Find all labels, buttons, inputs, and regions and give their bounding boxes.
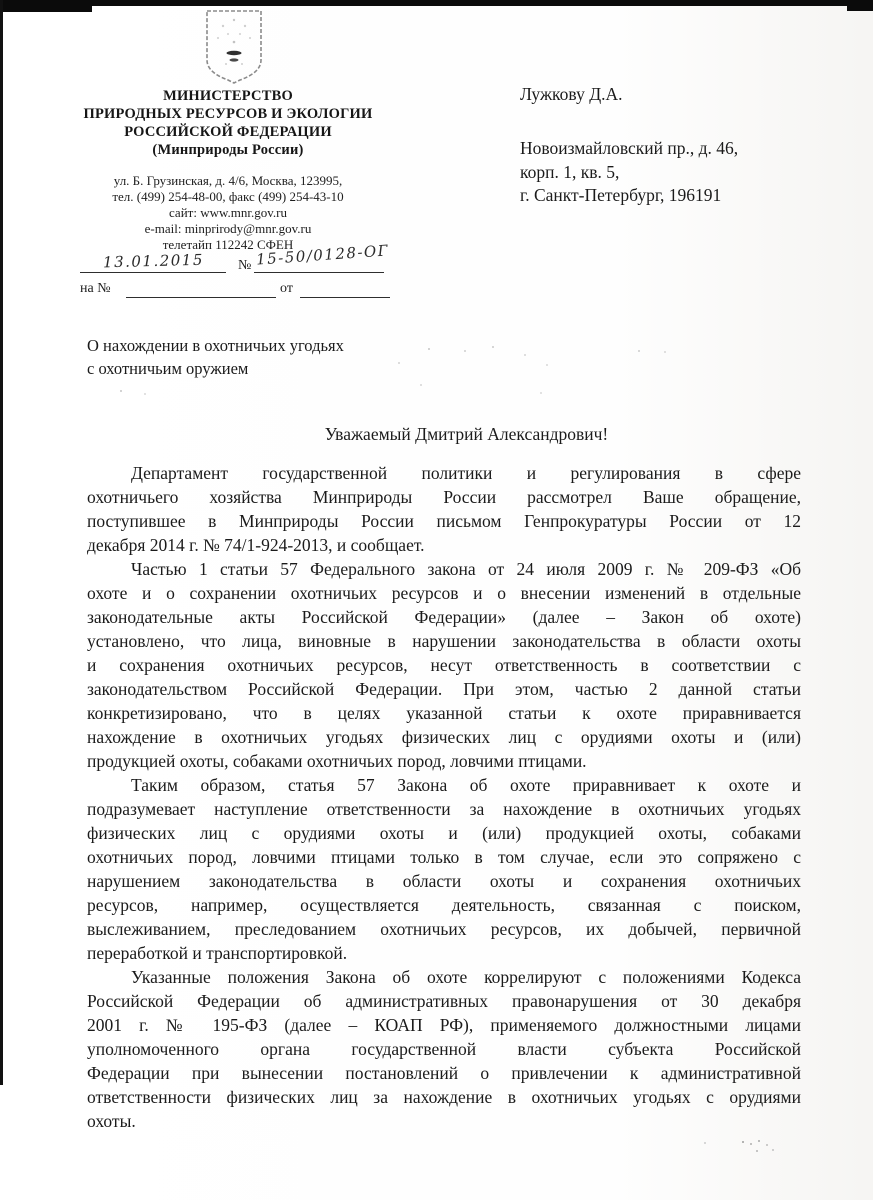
body-line: Российской Федерации об административных… [87, 989, 801, 1013]
paragraph: Таким образом, статья 57 Закона об охоте… [87, 773, 801, 965]
scan-noise [428, 348, 430, 350]
handwritten-date: 13.01.2015 [103, 251, 204, 272]
body-line: и сохранения охотничьих ресурсов, несут … [87, 653, 801, 677]
body-line: Частью 1 статьи 57 Федерального закона о… [87, 557, 801, 581]
body-line: ресурсов, например, осуществляется деяте… [87, 893, 801, 917]
ministry-line: (Минприроды России) [78, 141, 378, 159]
body-line: охоте и о сохранении охотничьих ресурсов… [87, 581, 801, 605]
body-line: нахождение в охотничьих угодьях физическ… [87, 725, 801, 749]
body-line: охотничьих пород, ловчими птицами только… [87, 845, 801, 869]
body-line: Таким образом, статья 57 Закона об охоте… [87, 773, 801, 797]
body-line: декабря 2014 г. № 74/1-924-2013, и сообщ… [87, 533, 801, 557]
recipient-address-line: г. Санкт-Петербург, 196191 [520, 184, 738, 208]
body-line: нарушением законодательства в области ох… [87, 869, 801, 893]
body-line: охотничьего хозяйства Минприроды России … [87, 485, 801, 509]
body-line: Департамент государственной политики и р… [87, 461, 801, 485]
letter-body: Департамент государственной политики и р… [87, 461, 801, 1133]
recipient-address-line: Новоизмайловский пр., д. 46, [520, 137, 738, 161]
scan-edge-left [0, 0, 3, 1085]
contact-line-website: сайт: www.mnr.gov.ru [78, 205, 378, 221]
body-line: Указанные положения Закона об охоте корр… [87, 965, 801, 989]
reply-from-label: от [280, 281, 293, 297]
paragraph: Указанные положения Закона об охоте корр… [87, 965, 801, 1133]
subject-line: О нахождении в охотничьих угодьях [87, 334, 344, 357]
ministry-line: ПРИРОДНЫХ РЕСУРСОВ И ЭКОЛОГИИ [78, 105, 378, 123]
contact-line-email: e-mail: minprirody@mnr.gov.ru [78, 221, 378, 237]
body-line: охоты. [87, 1109, 801, 1133]
subject-block: О нахождении в охотничьих угодьях с охот… [87, 334, 344, 380]
body-line: 2001 г. № 195-ФЗ (далее – КОАП РФ), прим… [87, 1013, 801, 1037]
paragraph: Частью 1 статьи 57 Федерального закона о… [87, 557, 801, 773]
contact-line-phone: тел. (499) 254-48-00, факс (499) 254-43-… [78, 189, 378, 205]
subject-line: с охотничьим оружием [87, 357, 344, 380]
number-sign-label: № [238, 258, 251, 274]
body-line: переработкой и транспортировкой. [87, 941, 801, 965]
body-line: продукцией охоты, собаками охотничьих по… [87, 749, 801, 773]
scan-noise [742, 1141, 744, 1143]
body-line: законодательством Российской Федерации. … [87, 677, 801, 701]
body-line: подразумевает наступление ответственност… [87, 797, 801, 821]
body-line: поступившее в Минприроды России письмом … [87, 509, 801, 533]
body-line: уполномоченного органа государственной в… [87, 1037, 801, 1061]
date-underline [80, 272, 226, 273]
salutation: Уважаемый Дмитрий Александрович! [110, 424, 823, 445]
reply-number-underline [126, 297, 276, 298]
recipient-address-block: Новоизмайловский пр., д. 46, корп. 1, кв… [520, 137, 738, 208]
body-line: физических лиц с орудиями охоты и (или) … [87, 821, 801, 845]
contact-line-address: ул. Б. Грузинская, д. 4/6, Москва, 12399… [78, 173, 378, 189]
scan-edge-top [0, 0, 873, 6]
recipient-name: Лужкову Д.А. [520, 84, 623, 105]
paragraph: Департамент государственной политики и р… [87, 461, 801, 557]
coat-of-arms-icon [203, 8, 265, 86]
body-line: выслеживанием, преследованием охотничьих… [87, 917, 801, 941]
body-line: Федерации при вынесении постановлений о … [87, 1061, 801, 1085]
ministry-line: РОССИЙСКОЙ ФЕДЕРАЦИИ [78, 123, 378, 141]
body-line: ответственности физических лиц за нахожд… [87, 1085, 801, 1109]
scanned-letter-page: МИНИСТЕРСТВО ПРИРОДНЫХ РЕСУРСОВ И ЭКОЛОГ… [0, 0, 873, 1200]
scan-edge-top-left [0, 0, 92, 12]
reply-date-underline [300, 297, 390, 298]
scan-noise [120, 390, 122, 392]
body-line: конкретизировано, что в целях указанной … [87, 701, 801, 725]
scan-edge-top-right [847, 0, 873, 11]
ministry-contact-block: ул. Б. Грузинская, д. 4/6, Москва, 12399… [78, 173, 378, 253]
ministry-line: МИНИСТЕРСТВО [78, 87, 378, 105]
ministry-name-block: МИНИСТЕРСТВО ПРИРОДНЫХ РЕСУРСОВ И ЭКОЛОГ… [78, 87, 378, 159]
number-underline [254, 272, 384, 273]
body-line: установлено, что лица, виновные в наруше… [87, 629, 801, 653]
recipient-address-line: корп. 1, кв. 5, [520, 161, 738, 185]
body-line: законодательные акты Российской Федераци… [87, 605, 801, 629]
reply-to-number-label: на № [80, 281, 111, 297]
